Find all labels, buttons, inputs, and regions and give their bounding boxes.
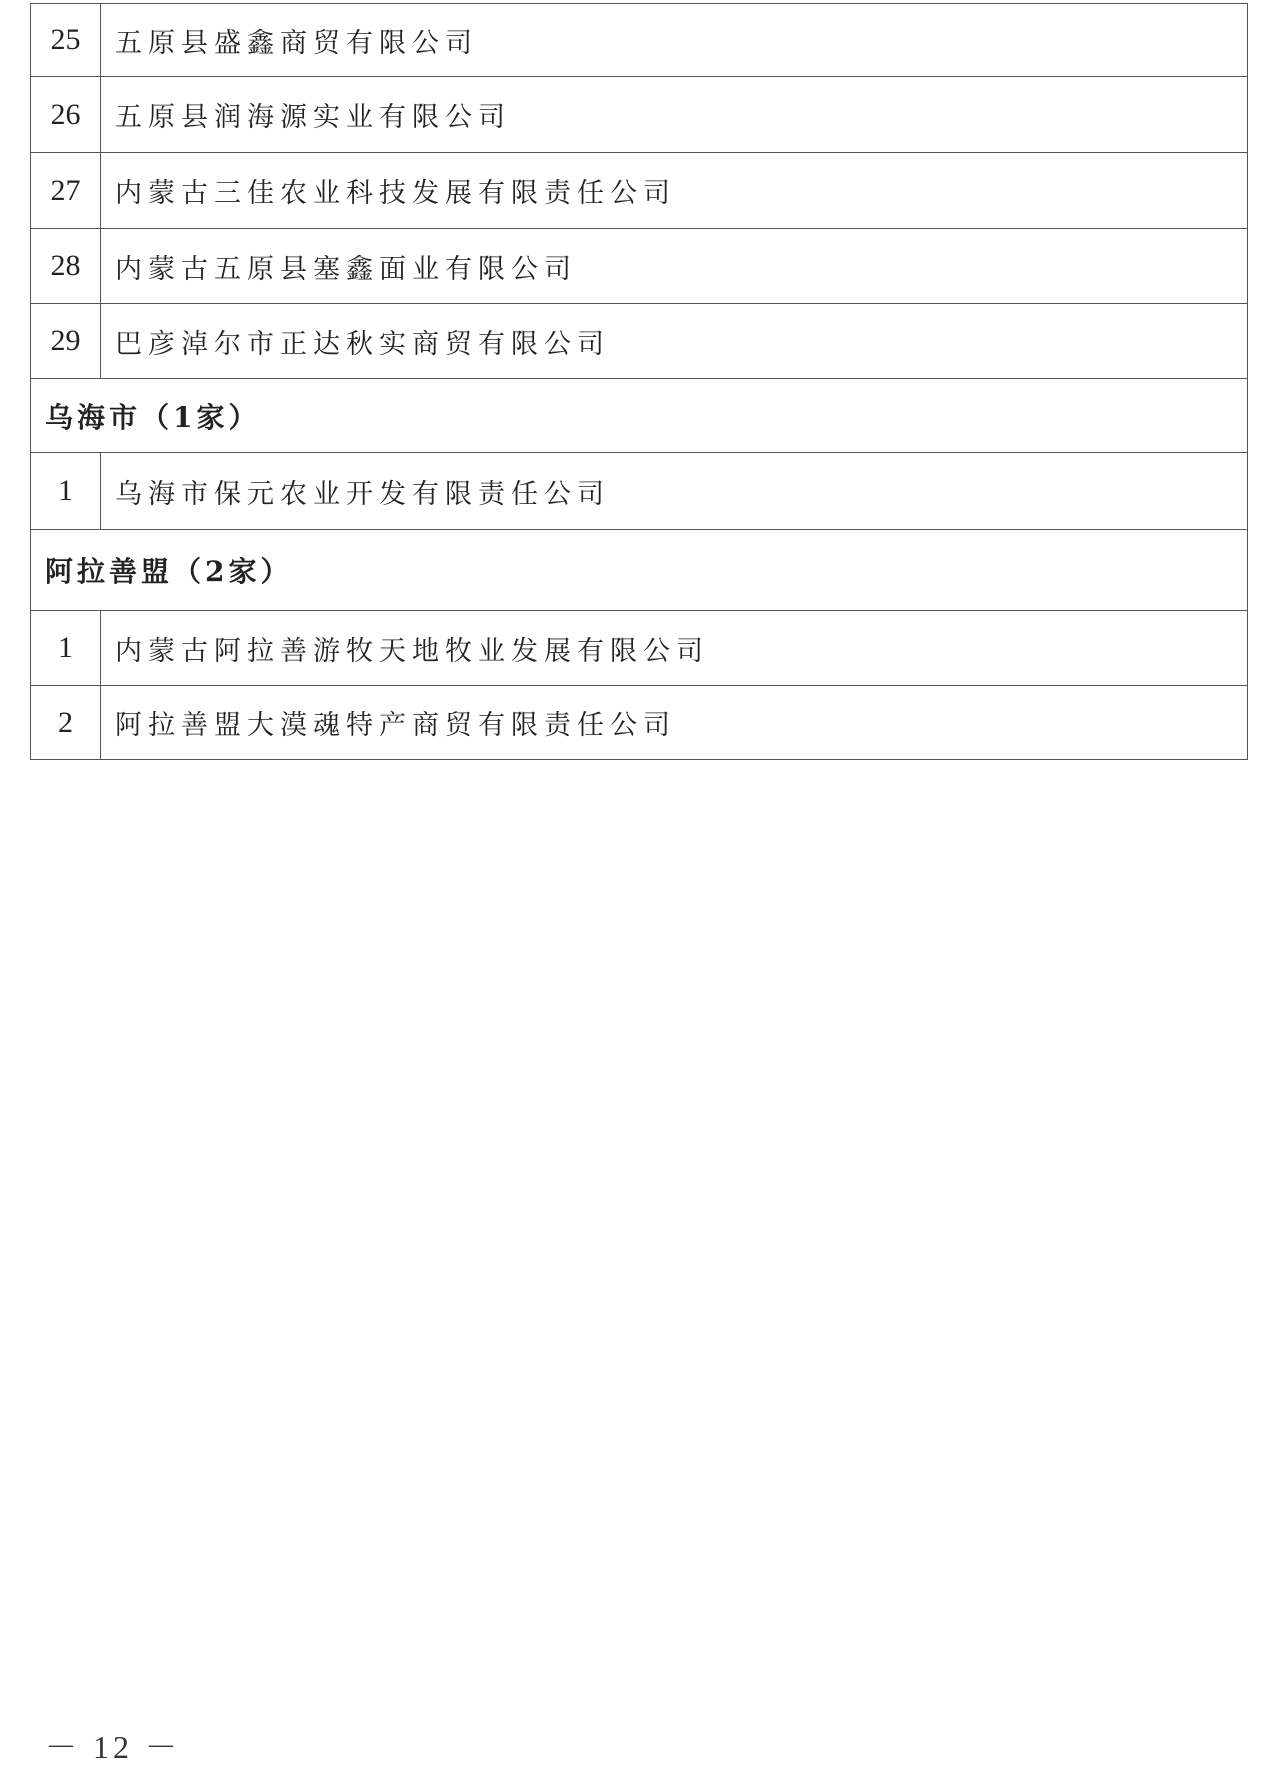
company-name: 内蒙古阿拉善游牧天地牧业发展有限公司 [101,611,1248,686]
table-row: 1 内蒙古阿拉善游牧天地牧业发展有限公司 [31,611,1248,686]
section-header-row: 阿拉善盟（2家） [31,530,1248,611]
row-number: 26 [31,77,101,153]
section-header-alxa: 阿拉善盟（2家） [31,530,1248,611]
company-list-table: 25 五原县盛鑫商贸有限公司 26 五原县润海源实业有限公司 27 内蒙古三佳农… [30,3,1248,760]
company-name: 五原县盛鑫商贸有限公司 [101,4,1248,77]
company-name: 阿拉善盟大漠魂特产商贸有限责任公司 [101,686,1248,760]
table-row: 28 内蒙古五原县塞鑫面业有限公司 [31,229,1248,304]
table-row: 26 五原县润海源实业有限公司 [31,77,1248,153]
company-name: 乌海市保元农业开发有限责任公司 [101,453,1248,530]
company-name: 巴彦淖尔市正达秋实商贸有限公司 [101,304,1248,379]
table-row: 2 阿拉善盟大漠魂特产商贸有限责任公司 [31,686,1248,760]
company-name: 五原县润海源实业有限公司 [101,77,1248,153]
section-header-wuhai: 乌海市（1家） [31,379,1248,453]
table-row: 29 巴彦淖尔市正达秋实商贸有限公司 [31,304,1248,379]
row-number: 27 [31,153,101,229]
table-row: 27 内蒙古三佳农业科技发展有限责任公司 [31,153,1248,229]
page-number: － 12 － [45,1722,181,1768]
table-row: 25 五原县盛鑫商贸有限公司 [31,4,1248,77]
company-name: 内蒙古五原县塞鑫面业有限公司 [101,229,1248,304]
row-number: 1 [31,611,101,686]
row-number: 29 [31,304,101,379]
company-name: 内蒙古三佳农业科技发展有限责任公司 [101,153,1248,229]
section-header-row: 乌海市（1家） [31,379,1248,453]
row-number: 28 [31,229,101,304]
row-number: 25 [31,4,101,77]
row-number: 2 [31,686,101,760]
row-number: 1 [31,453,101,530]
table-row: 1 乌海市保元农业开发有限责任公司 [31,453,1248,530]
